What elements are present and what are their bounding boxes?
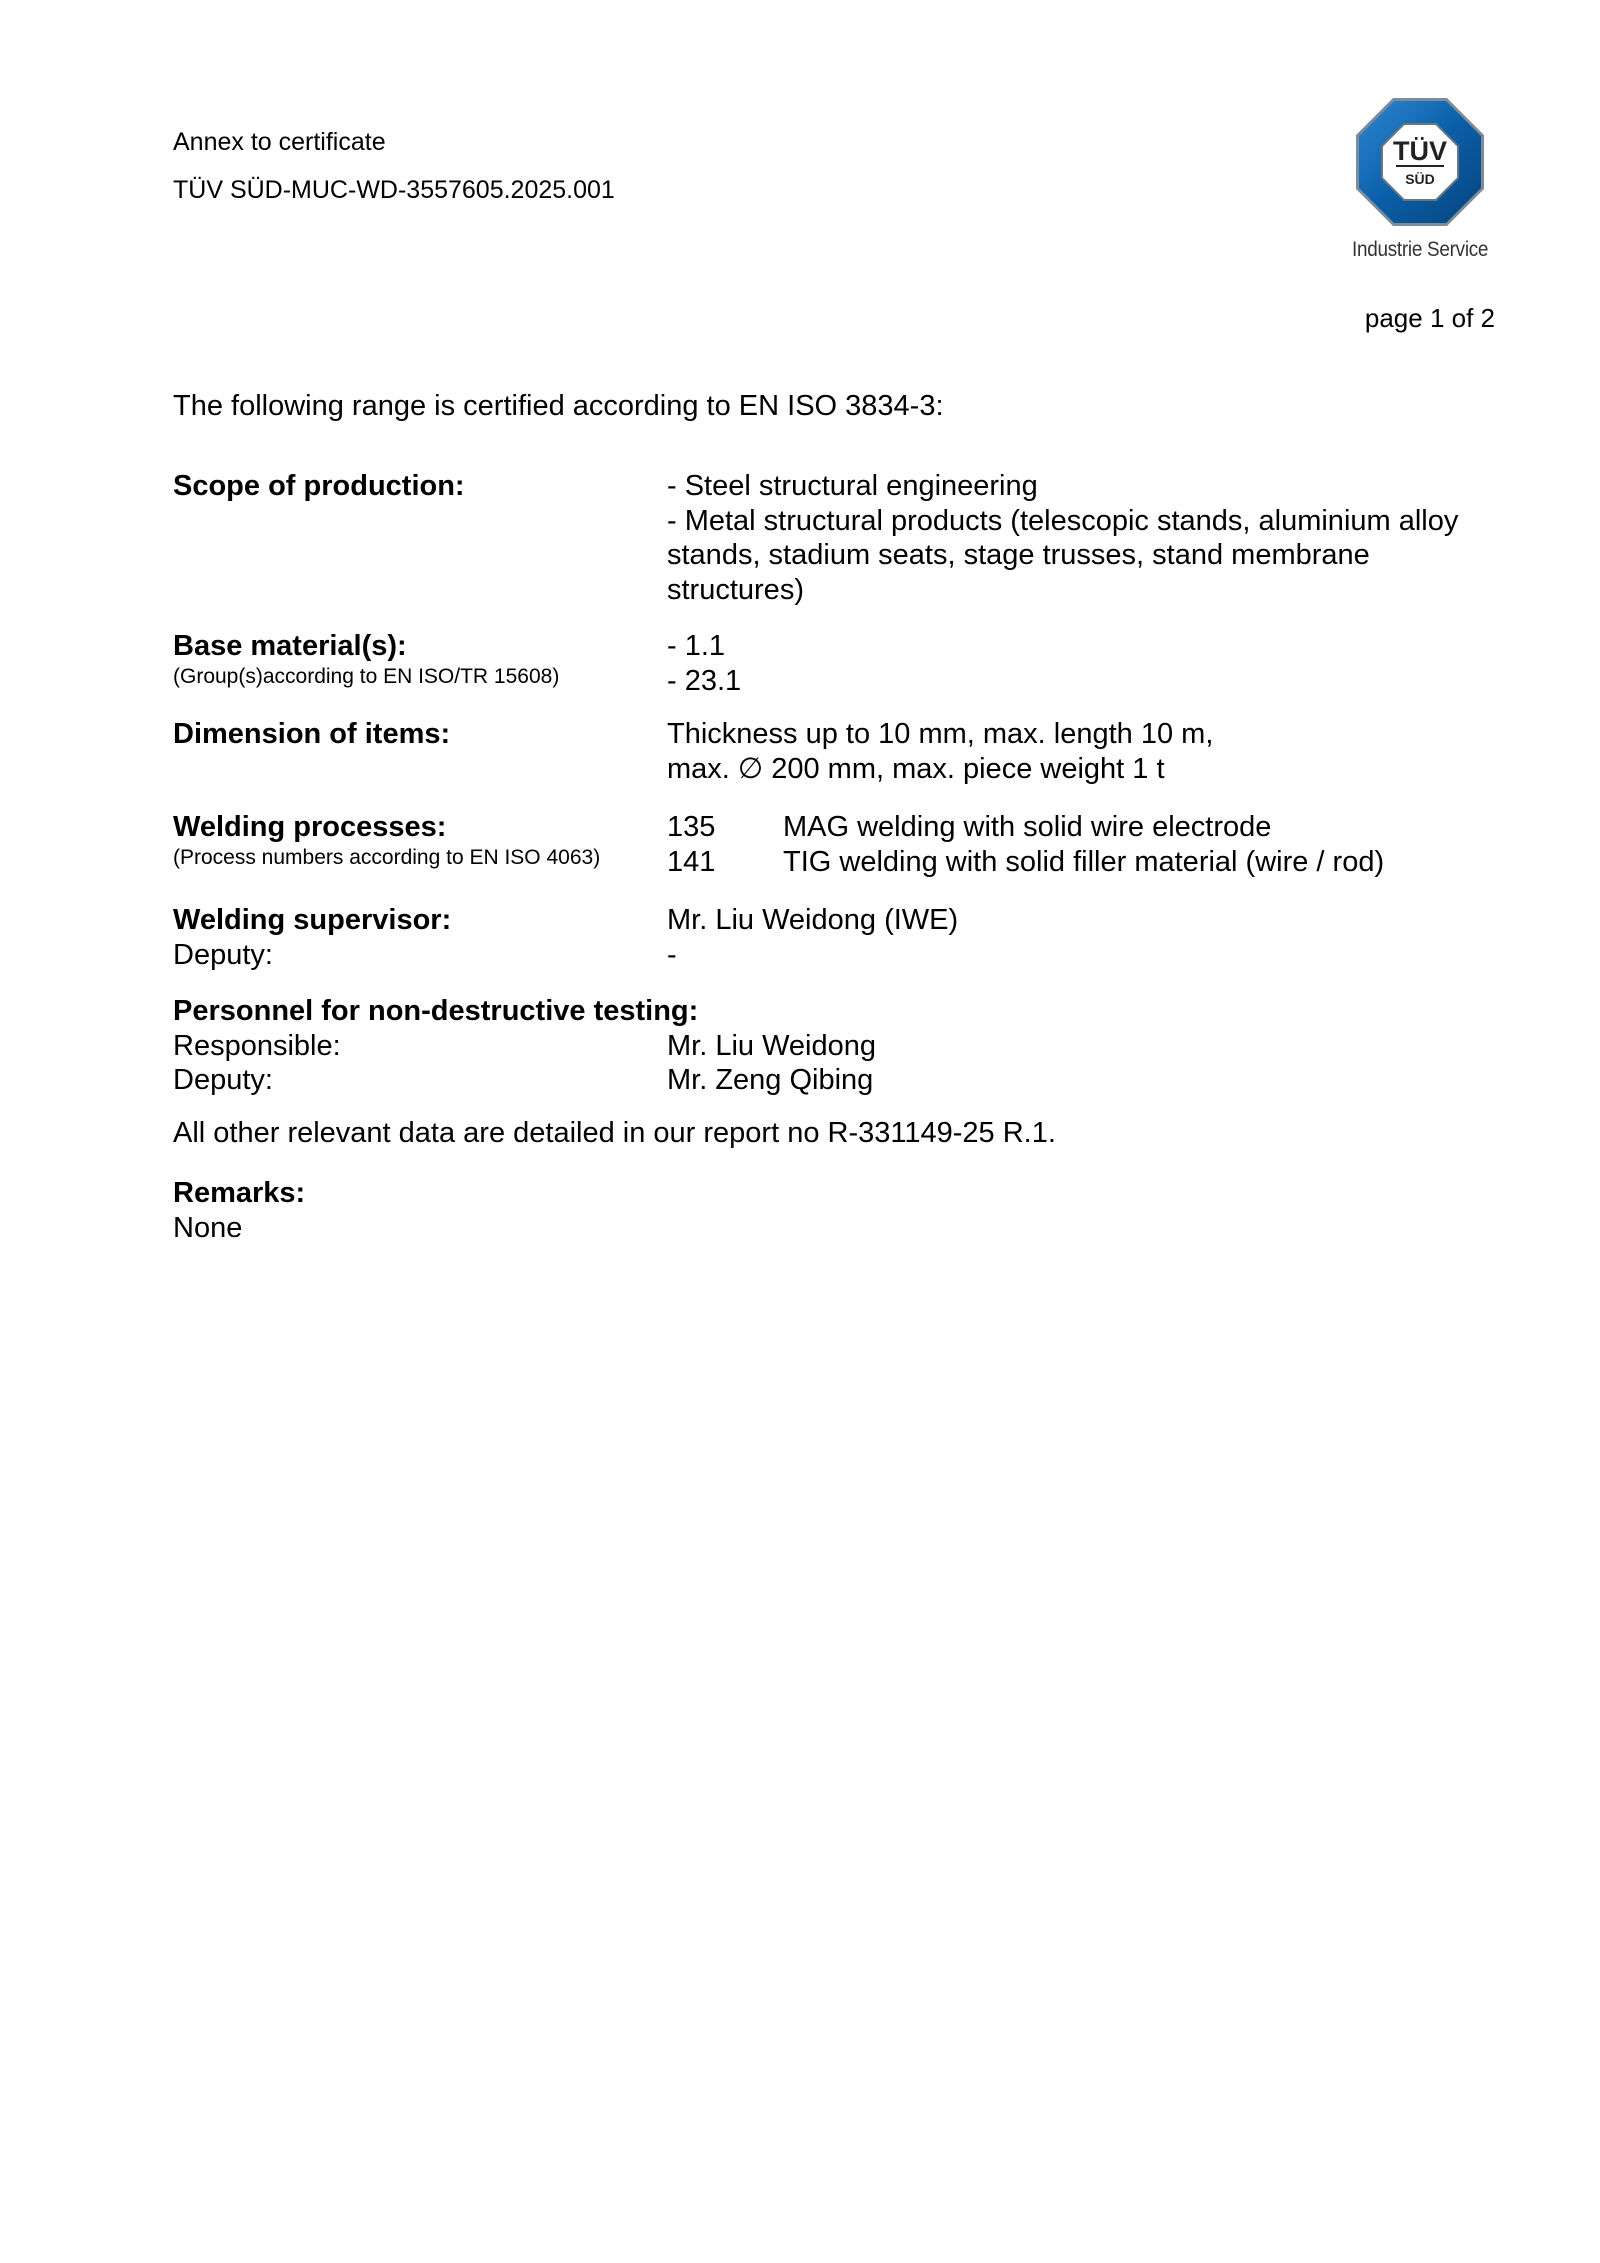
base-material-item: - 1.1 [667, 629, 1507, 664]
process-code: 135 [667, 810, 783, 845]
remarks-label: Remarks: [173, 1176, 1503, 1211]
svg-text:SÜD: SÜD [1405, 171, 1435, 187]
dimension-line: max. ∅ 200 mm, max. piece weight 1 t [667, 752, 1507, 787]
scope-item: - Metal structural products (telescopic … [667, 504, 1507, 608]
welding-processes-label: Welding processes: [173, 811, 446, 843]
dimension-label: Dimension of items: [173, 718, 450, 750]
supervisor-deputy-value: - [667, 938, 1507, 973]
base-materials-sublabel: (Group(s)according to EN ISO/TR 15608) [173, 664, 653, 690]
report-note: All other relevant data are detailed in … [173, 1117, 1056, 1150]
scope-item: - Steel structural engineering [667, 469, 1507, 504]
ndt-responsible-label: Responsible: [173, 1029, 653, 1064]
process-description: TIG welding with solid filler material (… [783, 845, 1384, 880]
intro-statement: The following range is certified accordi… [173, 390, 944, 423]
annex-title: Annex to certificate [173, 128, 386, 157]
ndt-label: Personnel for non-destructive testing: [173, 994, 1503, 1029]
ndt-deputy-value: Mr. Zeng Qibing [667, 1063, 1507, 1098]
base-materials-label: Base material(s): [173, 630, 407, 662]
certificate-number: TÜV SÜD-MUC-WD-3557605.2025.001 [173, 176, 615, 205]
welding-processes-sublabel: (Process numbers according to EN ISO 406… [173, 845, 653, 871]
ndt-responsible-value: Mr. Liu Weidong [667, 1029, 1507, 1064]
supervisor-value: Mr. Liu Weidong (IWE) [667, 903, 1507, 938]
logo-caption: Industrie Service [1352, 238, 1488, 262]
process-code: 141 [667, 845, 783, 880]
process-description: MAG welding with solid wire electrode [783, 810, 1271, 845]
base-material-item: - 23.1 [667, 664, 1507, 699]
supervisor-deputy-label: Deputy: [173, 938, 653, 973]
ndt-deputy-label: Deputy: [173, 1063, 653, 1098]
svg-text:TÜV: TÜV [1393, 136, 1447, 166]
page-indicator: page 1 of 2 [1365, 303, 1495, 334]
ndt-personnel: Personnel for non-destructive testing: R… [173, 994, 1503, 1098]
supervisor-label: Welding supervisor: [173, 903, 653, 938]
remarks-value: None [173, 1211, 1503, 1246]
process-item: 135 MAG welding with solid wire electrod… [667, 810, 1507, 845]
remarks: Remarks: None [173, 1176, 1503, 1245]
process-item: 141 TIG welding with solid filler materi… [667, 845, 1507, 880]
tuv-sud-logo: TÜV SÜD [1350, 96, 1490, 228]
scope-label: Scope of production: [173, 470, 465, 502]
tuv-octagon-icon: TÜV SÜD [1354, 96, 1486, 228]
dimension-line: Thickness up to 10 mm, max. length 10 m, [667, 717, 1507, 752]
